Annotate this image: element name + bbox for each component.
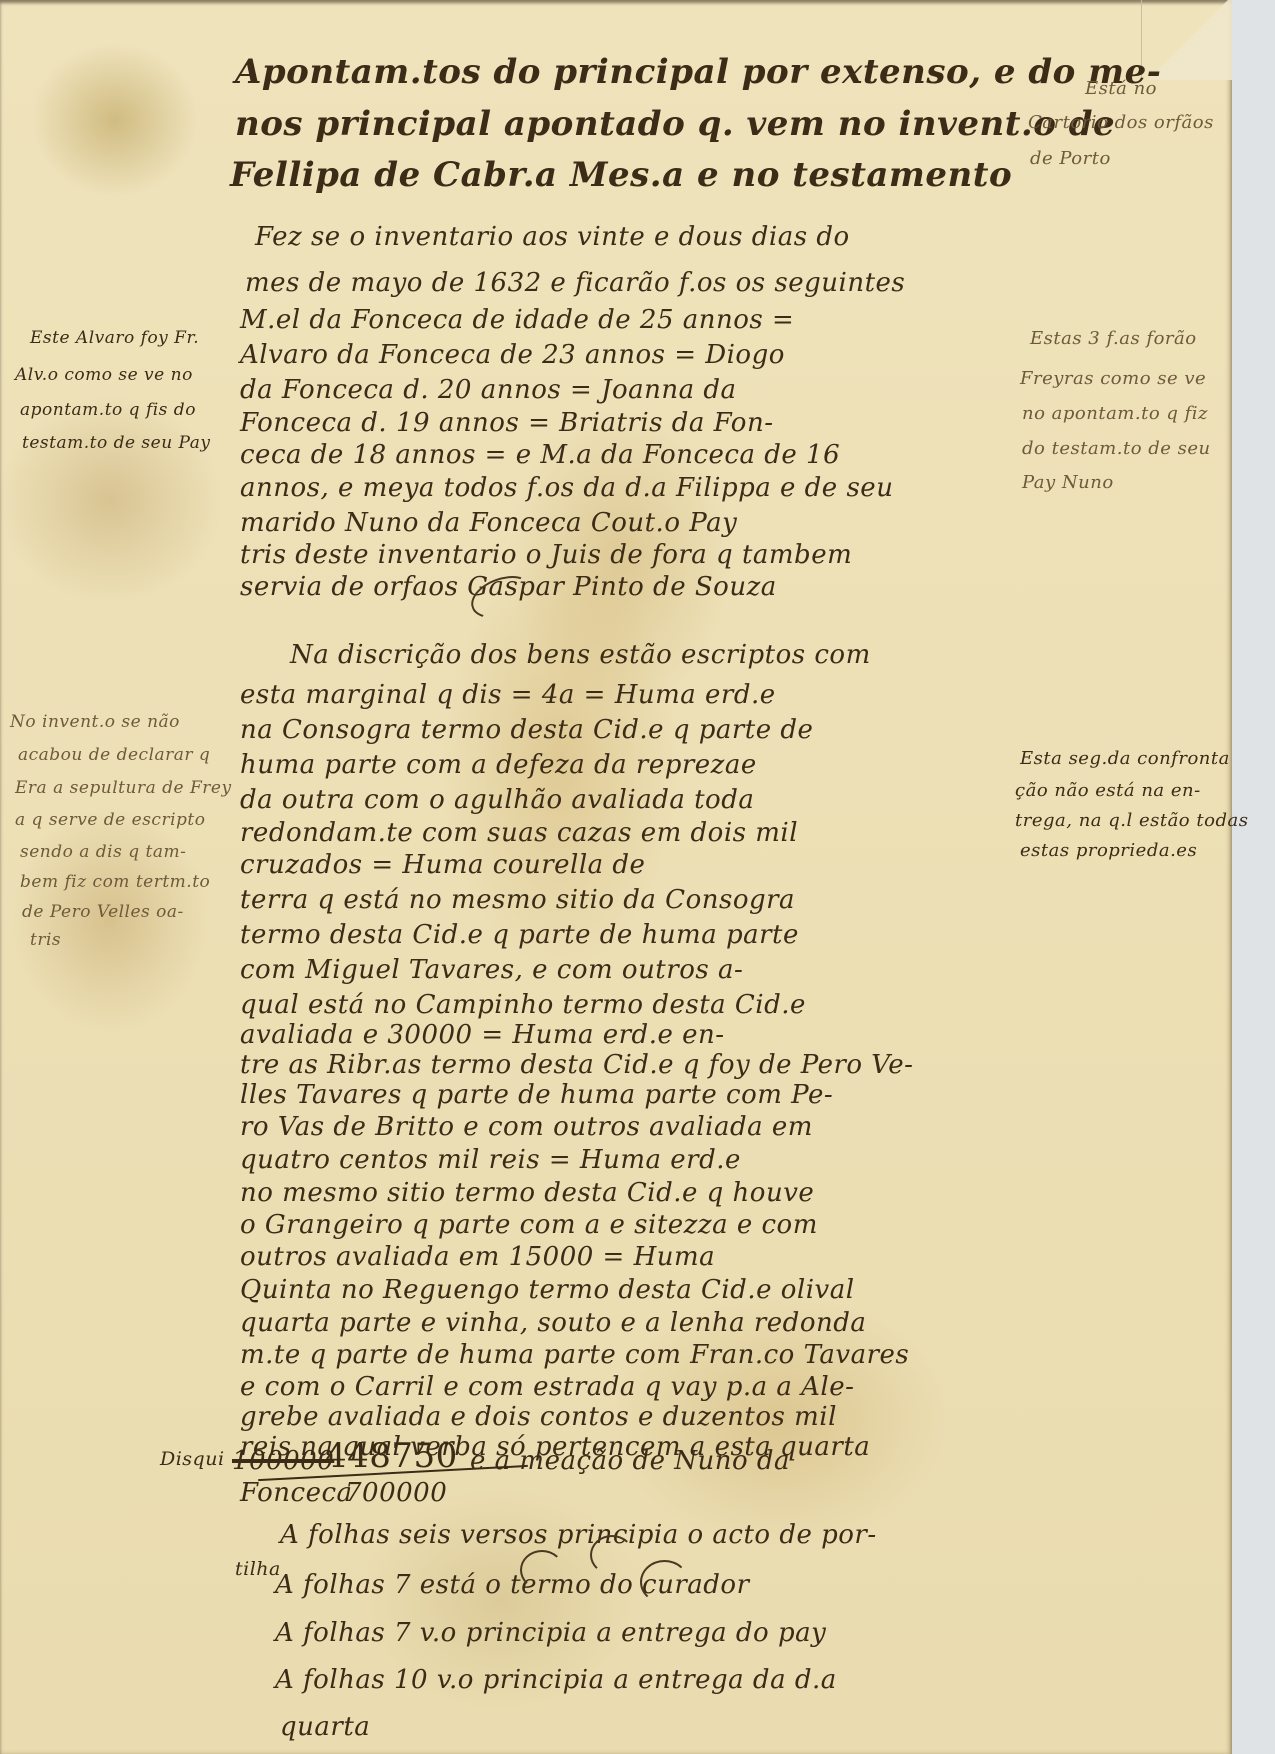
p1-line: ceca de 18 annos = e M.a da Fonceca de 1… xyxy=(240,440,840,470)
left-note-2-line: bem fiz com tertm.to xyxy=(20,872,210,892)
left-note-1-line: apontam.to q fis do xyxy=(20,400,196,420)
p2-line: no mesmo sitio termo desta Cid.e q houve xyxy=(240,1178,814,1208)
p2-line: com Miguel Tavares, e com outros a- xyxy=(240,955,743,985)
p2-line: ro Vas de Britto e com outros avaliada e… xyxy=(240,1112,813,1142)
left-note-2-line: sendo a dis q tam- xyxy=(20,842,186,862)
p2-line: Quinta no Reguengo termo desta Cid.e oli… xyxy=(240,1275,855,1305)
left-note-1-line: testam.to de seu Pay xyxy=(22,433,210,453)
p2-line: qual está no Campinho termo desta Cid.e xyxy=(240,990,806,1020)
folio-note: A folhas seis versos principia o acto de… xyxy=(280,1520,877,1550)
left-note-1-line: Alv.o como se ve no xyxy=(15,365,193,385)
p2-line: quarta parte e vinha, souto e a lenha re… xyxy=(240,1308,866,1338)
right-note-1-line: Pay Nuno xyxy=(1022,472,1114,493)
p2-line: cruzados = Huma courella de xyxy=(240,850,645,880)
right-note-2-line: estas proprieda.es xyxy=(1020,840,1197,861)
folio-note: A folhas 10 v.o principia a entrega da d… xyxy=(275,1665,837,1695)
right-top-note-2: Cartorio dos orfãos xyxy=(1028,112,1214,133)
left-note-2-line: tris xyxy=(30,930,61,950)
folio-note: tilha xyxy=(235,1558,281,1580)
flourish-decoration xyxy=(520,1550,564,1590)
p1-line: M.el da Fonceca de idade de 25 annos = xyxy=(240,305,794,335)
p2-line: avaliada e 30000 = Huma erd.e en- xyxy=(240,1020,725,1050)
totals-line2-text: Fonceca xyxy=(240,1478,353,1508)
left-note-2-line: de Pero Velles oa- xyxy=(22,902,184,922)
folio-note: quarta xyxy=(280,1712,370,1742)
p1-line: tris deste inventario o Juis de fora q t… xyxy=(240,540,852,570)
p2-line: Na discrição dos bens estão escriptos co… xyxy=(290,640,871,670)
right-note-2-line: Esta seg.da confronta xyxy=(1020,748,1230,769)
p1-line: mes de mayo de 1632 e ficarão f.os os se… xyxy=(245,268,905,298)
right-top-note-3: de Porto xyxy=(1030,148,1111,169)
totals-label: Disqui xyxy=(160,1448,225,1470)
left-note-2-line: Era a sepultura de Frey xyxy=(15,778,232,798)
p2-line: outros avaliada em 15000 = Huma xyxy=(240,1242,715,1272)
p2-line: tre as Ribr.as termo desta Cid.e q foy d… xyxy=(240,1050,913,1080)
heading-line-1: Apontam.tos do principal por extenso, e … xyxy=(235,52,1161,92)
flourish-decoration xyxy=(640,1560,689,1604)
right-top-note-1: Está no xyxy=(1085,78,1157,99)
flourish-decoration xyxy=(590,1535,634,1575)
folio-note: A folhas 7 v.o principia a entrega do pa… xyxy=(275,1618,826,1648)
p2-line: termo desta Cid.e q parte de huma parte xyxy=(240,920,799,950)
right-note-1-line: Estas 3 f.as forão xyxy=(1030,328,1197,349)
p1-line: Fonceca d. 19 annos = Briatris da Fon- xyxy=(240,408,773,438)
p2-line: o Grangeiro q parte com a e sitezza e co… xyxy=(240,1210,818,1240)
left-note-1-line: Este Alvaro foy Fr. xyxy=(30,328,199,348)
p1-line: Alvaro da Fonceca de 23 annos = Diogo xyxy=(240,340,785,370)
p2-line: m.te q parte de huma parte com Fran.co T… xyxy=(240,1340,909,1370)
right-note-1-line: do testam.to de seu xyxy=(1022,438,1211,459)
right-note-1-line: Freyras como se ve xyxy=(1020,368,1206,389)
heading-line-3: Fellipa de Cabr.a Mes.a e no testamento xyxy=(230,155,1012,195)
p2-line: huma parte com a defeza da reprezae xyxy=(240,750,757,780)
left-note-2-line: a q serve de escripto xyxy=(15,810,205,830)
p1-line: da Fonceca d. 20 annos = Joanna da xyxy=(240,375,737,405)
p2-line: grebe avaliada e dois contos e duzentos … xyxy=(240,1402,837,1432)
p2-line: esta marginal q dis = 4a = Huma erd.e xyxy=(240,680,776,710)
p2-line: da outra com o agulhão avaliada toda xyxy=(240,785,754,815)
right-note-1-line: no apontam.to q fiz xyxy=(1022,403,1208,424)
p2-line: e com o Carril e com estrada q vay p.a a… xyxy=(240,1372,854,1402)
p2-line: na Consogra termo desta Cid.e q parte de xyxy=(240,715,813,745)
left-note-2-line: No invent.o se não xyxy=(10,712,180,732)
p2-line: terra q está no mesmo sitio da Consogra xyxy=(240,885,795,915)
left-note-2-line: acabou de declarar q xyxy=(18,745,210,765)
p1-line: annos, e meya todos f.os da d.a Filippa … xyxy=(240,473,893,503)
p2-line: lles Tavares q parte de huma parte com P… xyxy=(240,1080,833,1110)
totals-line2-value: 700000 xyxy=(345,1478,447,1508)
manuscript-page: Apontam.tos do principal por extenso, e … xyxy=(0,0,1232,1754)
p1-line: marido Nuno da Fonceca Cout.o Pay xyxy=(240,508,737,538)
heading-line-2: nos principal apontado q. vem no invent.… xyxy=(235,104,1115,144)
p1-line: Fez se o inventario aos vinte e dous dia… xyxy=(255,222,850,252)
struck-value: 100000 xyxy=(232,1446,334,1476)
right-note-2-line: ção não está na en- xyxy=(1015,780,1201,801)
right-note-2-line: trega, na q.l estão todas xyxy=(1015,810,1248,831)
p2-line: redondam.te com suas cazas em dois mil xyxy=(240,818,798,848)
p2-line: quatro centos mil reis = Huma erd.e xyxy=(240,1145,741,1175)
totals-text-after: e a meação de Nuno da xyxy=(470,1446,790,1476)
